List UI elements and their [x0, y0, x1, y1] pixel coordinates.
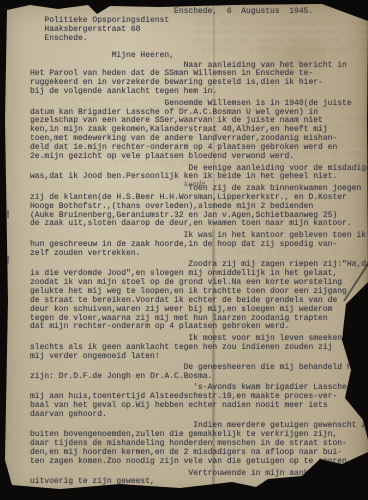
margin-pencil-mark	[7, 256, 10, 264]
paper-sheet: Indien meerdere getuigen gewenscht zijn …	[0, 0, 368, 500]
paragraph-10: Indien meerdere getuigen gewenscht zijn …	[30, 422, 364, 467]
paragraph-9: 's-Avonds kwam brigadier Lassche bij mij…	[30, 384, 364, 420]
paragraph-1: Naar aanleiding van het bericht in Het P…	[30, 62, 364, 98]
scanned-letter: Indien meerdere getuigen gewenscht zijn …	[0, 0, 368, 500]
paragraph-11: Vertrouwende in mijn aanklacht voldoende…	[30, 470, 364, 488]
margin-pencil-mark	[7, 210, 9, 218]
handwritten-annotation: kende	[184, 179, 206, 188]
paragraph-8: De geneesheeren die mij behandeld hebben…	[30, 364, 364, 382]
paragraph-2: Genoemde Willemsen is in 1940(de juiste …	[30, 100, 364, 162]
paragraph-6: Zoodra zij mij zagen riepen zij:"Ha,daar…	[30, 261, 364, 332]
letter-body: Enschede, 6 Augustus 1945. Politieke Ops…	[30, 8, 364, 490]
paragraph-5: Ik was in het kantoor gebleven toen ik h…	[30, 232, 364, 259]
salutation: Mijne Heeren,	[30, 52, 364, 61]
paragraph-4: Toen zij de zaak binnenkwamen joegen zij…	[30, 185, 364, 230]
sender-city: Enschede.	[30, 35, 364, 44]
paragraph-7: Ik moest voor mijn leven smeeken,maar sl…	[30, 335, 364, 362]
